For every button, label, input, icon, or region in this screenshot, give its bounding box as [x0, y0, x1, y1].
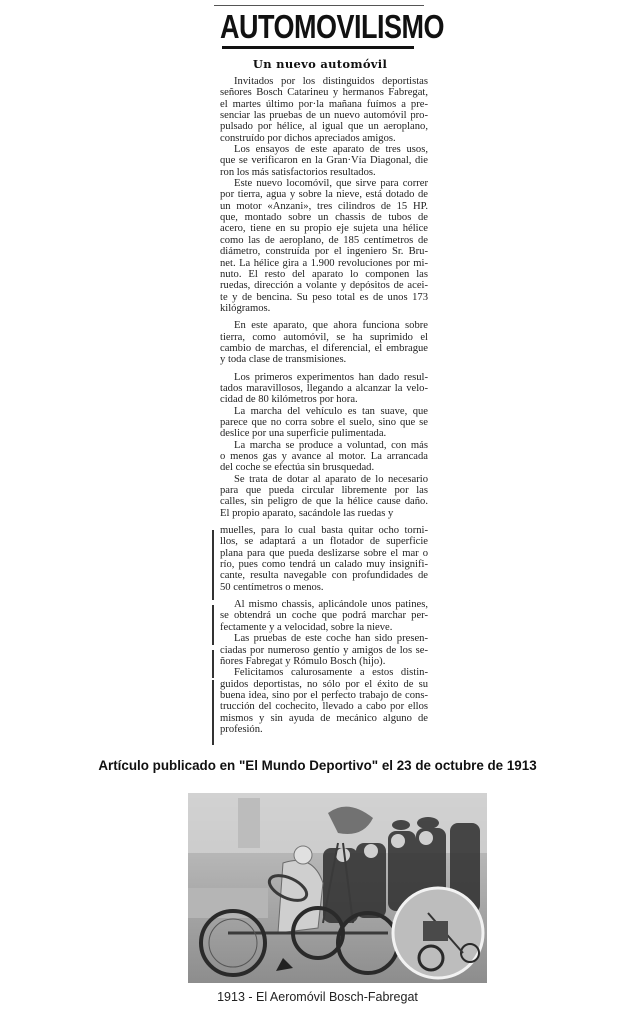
article-line: fectamente y a velocidad, sobre la nieve… — [220, 622, 428, 633]
article-line: te y de bencina. Su peso total es de uno… — [220, 292, 428, 303]
article-paragraph: Al mismo chassis, aplicándole unos patin… — [220, 599, 428, 633]
article-line: acero, tiene en su propio eje sujeta una… — [220, 223, 428, 234]
article-line: Felicitamos calurosamente a estos distin… — [220, 667, 428, 678]
article-line: Los ensayos de este aparato de tres usos… — [220, 144, 428, 155]
article-line: ron los más satisfactorios resultados. — [220, 167, 428, 178]
article-line: río, pues como tendrá un calado muy insi… — [220, 559, 428, 570]
top-rule — [214, 5, 424, 6]
article-line: ñores Fabregat y Rómulo Bosch (hijo). — [220, 656, 428, 667]
column-rule — [212, 605, 214, 645]
article-line: nuto. El resto del aparato lo componen l… — [220, 269, 428, 280]
photo-caption: 1913 - El Aeromóvil Bosch-Fabregat — [0, 990, 635, 1004]
article-line: parece que no corra sobre el suelo, sino… — [220, 417, 428, 428]
article-paragraph: Invitados por los distinguidos deportist… — [220, 76, 428, 144]
article-line: como las de aeroplano, de 185 centímetro… — [220, 235, 428, 246]
article-line: mismos y sin ayuda de mecánico alguno de — [220, 713, 428, 724]
article-line: buena idea, sino por el perfecto trabajo… — [220, 690, 428, 701]
article-line: La marcha del vehículo es tan suave, que — [220, 406, 428, 417]
article-line: Este nuevo locomóvil, que sirve para cor… — [220, 178, 428, 189]
article-line: senciar las pruebas de un nuevo automóvi… — [220, 110, 428, 121]
article-line: pulsado por hélice, al igual que un aero… — [220, 121, 428, 132]
article-line: Los primeros experimentos han dado resul… — [220, 372, 428, 383]
article-paragraph: Se trata de dotar al aparato de lo neces… — [220, 474, 428, 519]
article-line: tierra, como automóvil, se ha suprimido … — [220, 332, 428, 343]
article-line: cambio de marchas, el diferencial, el em… — [220, 343, 428, 354]
article-line: trucción del cochecito, llevado a cabo p… — [220, 701, 428, 712]
article-line: tados maravillosos, llegando a alcanzar … — [220, 383, 428, 394]
article-line: se obtendrá un coche que podrá marchar p… — [220, 610, 428, 621]
article-line: deslice por una superficie pulimentada. — [220, 428, 428, 439]
article-paragraph: Este nuevo locomóvil, que sirve para cor… — [220, 178, 428, 314]
article-line: y toda clase de transmisiones. — [220, 354, 428, 365]
historic-photo — [188, 793, 487, 983]
article-line: cante, resulta navegable con profundidad… — [220, 570, 428, 581]
article-line: del coche se efectúa sin brusquedad. — [220, 462, 428, 473]
article-line: que se verificaron en la Gran·Vía Diagon… — [220, 155, 428, 166]
article-line: cidad de 80 kilómetros por hora. — [220, 394, 428, 405]
article-line: por tierra, agua y sobre la nieve, está … — [220, 189, 428, 200]
article-line: para que pueda circular libremente por l… — [220, 485, 428, 496]
article-line: En este aparato, que ahora funciona sobr… — [220, 320, 428, 331]
article-line: llos, se adaptará a un flotador de super… — [220, 536, 428, 547]
column-rule — [212, 530, 214, 600]
article-line: ruedas, dirección a volante y depósitos … — [220, 280, 428, 291]
article-paragraph: muelles, para lo cual basta quitar ocho … — [220, 525, 428, 593]
aeromovil-photo-illustration — [188, 793, 487, 983]
article-paragraph: Felicitamos calurosamente a estos distin… — [220, 667, 428, 735]
article-line: guidos deportistas, no sólo por el éxito… — [220, 679, 428, 690]
article-line: muelles, para lo cual basta quitar ocho … — [220, 525, 428, 536]
column-rule — [212, 650, 214, 678]
article-line: el martes último por·la mañana fuímos a … — [220, 99, 428, 110]
article-paragraph: Las pruebas de este coche han sido prese… — [220, 633, 428, 667]
article-source-caption: Artículo publicado en "El Mundo Deportiv… — [0, 758, 635, 773]
article-line: kilógramos. — [220, 303, 428, 314]
article-line: Invitados por los distinguidos deportist… — [220, 76, 428, 87]
article-paragraph: Los ensayos de este aparato de tres usos… — [220, 144, 428, 178]
column-rule — [212, 680, 214, 745]
article-line: La marcha se produce a voluntad, con más — [220, 440, 428, 451]
article-line: El propio aparato, sacándole las ruedas … — [220, 508, 428, 519]
article-line: plana para que pueda deslizarse sobre el… — [220, 548, 428, 559]
article-line: Se trata de dotar al aparato de lo neces… — [220, 474, 428, 485]
article-body: Invitados por los distinguidos deportist… — [220, 76, 428, 735]
article-line: calles, sin peligro de que la hélice cau… — [220, 496, 428, 507]
article-line: o menos gas y avance al motor. La arranc… — [220, 451, 428, 462]
article-line: diámetro, construída por el ingeniero Sr… — [220, 246, 428, 257]
article-line: que, montado sobre un chassis de tubos d… — [220, 212, 428, 223]
title-underline — [222, 46, 414, 49]
article-line: Al mismo chassis, aplicándole unos patin… — [220, 599, 428, 610]
article-line: ciadas por numeroso gentío y amigos de l… — [220, 645, 428, 656]
article-paragraph: En este aparato, que ahora funciona sobr… — [220, 320, 428, 365]
article-line: Las pruebas de este coche han sido prese… — [220, 633, 428, 644]
article-headline: Un nuevo automóvil — [208, 57, 432, 71]
section-title: AUTOMOVILISMO — [220, 8, 420, 46]
article-line: construído por dichos apreciados amigos. — [220, 133, 428, 144]
article-line: profesión. — [220, 724, 428, 735]
article-line: un motor «Anzani», tres cilindros de 15 … — [220, 201, 428, 212]
article-paragraph: La marcha se produce a voluntad, con más… — [220, 440, 428, 474]
article-line: señores Bosch Catarineu y hermanos Fabre… — [220, 87, 428, 98]
article-paragraph: La marcha del vehículo es tan suave, que… — [220, 406, 428, 440]
article-paragraph: Los primeros experimentos han dado resul… — [220, 372, 428, 406]
article-line: 50 centímetros o menos. — [220, 582, 428, 593]
article-line: net. La hélice gira a 1.900 revoluciones… — [220, 258, 428, 269]
